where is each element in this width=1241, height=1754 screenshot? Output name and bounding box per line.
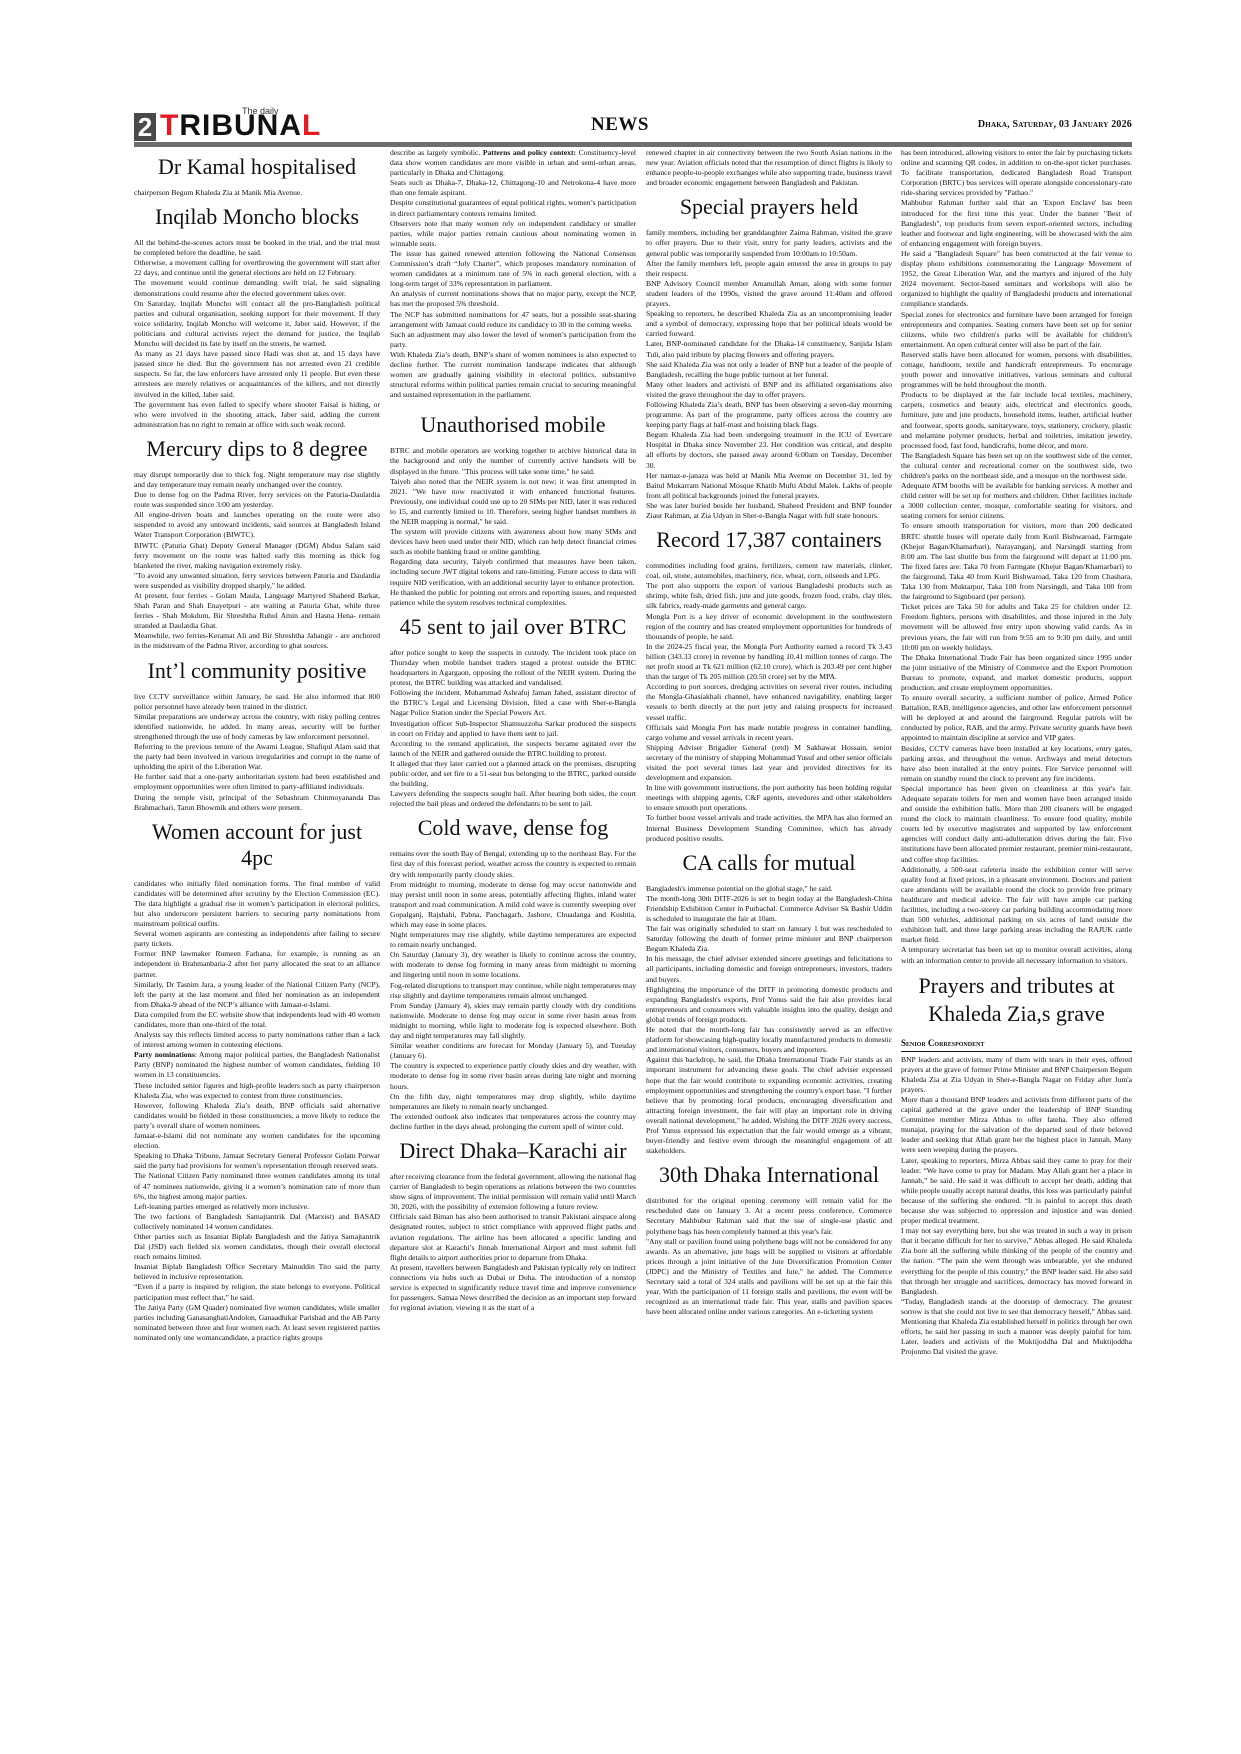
paragraph: To ensure smooth transportation for visi… <box>901 521 1132 602</box>
headline: Mercury dips to 8 degree <box>134 436 380 462</box>
article-body: distributed for the original opening cer… <box>646 1196 892 1317</box>
paragraph: In his message, the chief adviser extend… <box>646 954 892 984</box>
paragraph: renewed chapter in air connectivity betw… <box>646 148 892 188</box>
paragraph: Bangladesh's immense potential on the gl… <box>646 884 892 894</box>
article-direct-dhaka-karachi: Direct Dhaka–Karachi air after receiving… <box>390 1138 636 1313</box>
paragraph: Party nominations: Among major political… <box>134 1050 380 1080</box>
article-body: Bangladesh's immense potential on the gl… <box>646 884 892 1157</box>
paragraph: However, following Khaleda Zia’s death, … <box>134 1101 380 1131</box>
paragraph: Lawyers defending the suspects sought ba… <box>390 789 636 809</box>
article-ca-calls: CA calls for mutual Bangladesh's immense… <box>646 850 892 1157</box>
logo-letter-t: T <box>160 109 179 142</box>
paragraph: He thanked the public for pointing out e… <box>390 588 636 608</box>
paragraph: Begum Khaleda Zia had been undergoing tr… <box>646 430 892 470</box>
paragraph: The fair was originally scheduled to sta… <box>646 924 892 954</box>
article-body: All the behind-the-scenes actors must be… <box>134 238 380 430</box>
paragraph: The port also supports the export of var… <box>646 581 892 611</box>
paragraph: Data compiled from the EC website show t… <box>134 1010 380 1030</box>
paragraph: To ensure overall security, a sufficient… <box>901 693 1132 743</box>
paragraph: Following Khaleda Zia’s death, BNP has b… <box>646 400 892 430</box>
masthead-rule <box>134 142 1132 147</box>
paragraph: In the 2024-25 fiscal year, the Mongla P… <box>646 642 892 682</box>
paragraph: With Khaleda Zia’s death, BNP’s share of… <box>390 350 636 400</box>
article-karachi-continued: renewed chapter in air connectivity betw… <box>646 148 892 188</box>
paragraph: On Saturday (January 3), dry weather is … <box>390 950 636 980</box>
paragraph: after receiving clearance from the feder… <box>390 1172 636 1212</box>
paragraph: chairperson Begum Khaleda Zia at Manik M… <box>134 188 380 198</box>
paragraph: An analysis of current nominations shows… <box>390 289 636 309</box>
paragraph: Besides, CCTV cameras have been installe… <box>901 744 1132 784</box>
paragraph: The extended outlook also indicates that… <box>390 1112 636 1132</box>
paragraph: Speaking to reporters, he described Khal… <box>646 309 892 339</box>
paragraph: At present, four ferries - Golam Maula, … <box>134 591 380 631</box>
paragraph: Seats such as Dhaka-7, Dhaka-12, Chittag… <box>390 178 636 198</box>
paragraph: Following the incident, Muhammad Ashrafu… <box>390 688 636 718</box>
paragraph: Regarding data security, Taiyeb confirme… <box>390 557 636 587</box>
paragraph: To further boost vessel arrivals and tra… <box>646 813 892 843</box>
logo-letter-l: L <box>302 109 321 142</box>
paragraph: In line with government instructions, th… <box>646 783 892 813</box>
paragraph: Otherwise, a movement calling for overth… <box>134 258 380 278</box>
paragraph: According to the remand application, the… <box>390 739 636 759</box>
article-cold-wave: Cold wave, dense fog remains over the so… <box>390 815 636 1132</box>
paragraph: Her namaz-e-janaza was held at Manik Mia… <box>646 471 892 501</box>
dateline: Dhaka, Saturday, 03 January 2026 <box>978 119 1132 130</box>
paragraph: Products to be displayed at the fair inc… <box>901 390 1132 451</box>
paragraph: Mahbubur Rahman further said that an 'Ex… <box>901 198 1132 248</box>
paragraph: Highlighting the importance of the DITF … <box>646 985 892 1025</box>
paragraph: has been introduced, allowing visitors t… <box>901 148 1132 198</box>
paragraph: On Saturday, Inqilab Moncho will contact… <box>134 299 380 349</box>
paragraph: Former BNP lawmaker Rumeen Farhana, for … <box>134 949 380 979</box>
paragraph: Due to dense fog on the Padma River, fer… <box>134 490 380 510</box>
paragraph: Many other leaders and activists of BNP … <box>646 380 892 400</box>
paragraph: Fog-related disruptions to transport may… <box>390 981 636 1001</box>
paragraph: Analysts say this reflects limited acces… <box>134 1030 380 1050</box>
paragraph: Adequate ATM booths will be available fo… <box>901 481 1132 521</box>
headline: Unauthorised mobile <box>390 412 636 438</box>
paragraph: The National Citizen Party nominated thr… <box>134 1171 380 1201</box>
paragraph: Ticket prices are Taka 50 for adults and… <box>901 602 1132 652</box>
article-body: family members, including her granddaugh… <box>646 228 892 521</box>
paragraph: "To avoid any unwanted situation, ferry … <box>134 571 380 591</box>
paragraph: The country is expected to experience pa… <box>390 1061 636 1091</box>
article-trade-fair-continued: has been introduced, allowing visitors t… <box>901 148 1132 966</box>
article-women-account: Women account for just 4pc candidates wh… <box>134 819 380 1343</box>
article-record-containers: Record 17,387 containers commodities inc… <box>646 527 892 844</box>
paragraph: He said a "Bangladesh Square" has been c… <box>901 249 1132 310</box>
paragraph: Reserved stalls have been allocated for … <box>901 350 1132 390</box>
paragraph: Observers note that many women rely on i… <box>390 219 636 249</box>
paragraph: She was later buried beside her husband,… <box>646 501 892 521</box>
article-inqilab-moncho: Inqilab Moncho blocks All the behind-the… <box>134 204 380 430</box>
article-45-sent-to-jail: 45 sent to jail over BTRC after police s… <box>390 614 636 810</box>
subhead-bold: Patterns and policy context: <box>483 148 576 157</box>
column-4: has been introduced, allowing visitors t… <box>901 148 1132 1357</box>
paragraph: More than a thousand BNP leaders and act… <box>901 1095 1132 1156</box>
paragraph: live CCTV surveillance within January, h… <box>134 692 380 712</box>
headline: Special prayers held <box>646 194 892 220</box>
headline: CA calls for mutual <box>646 850 892 876</box>
logo-letters-mid: RIBUNA <box>179 109 302 142</box>
article-body: after police sought to keep the suspects… <box>390 648 636 810</box>
headline: Women account for just 4pc <box>134 819 380 871</box>
paragraph: All the behind-the-scenes actors must be… <box>134 238 380 258</box>
paragraph: Meanwhile, two ferries-Keramat Ali and B… <box>134 631 380 651</box>
paragraph: From Sunday (January 4), skies may remai… <box>390 1001 636 1041</box>
article-body: remains over the south Bay of Bengal, ex… <box>390 849 636 1132</box>
paragraph: Jamaat-e-Islami did not nominate any wom… <box>134 1131 380 1151</box>
paragraph: The Dhaka International Trade Fair has b… <box>901 653 1132 693</box>
paragraph: Similar preparations are underway across… <box>134 712 380 742</box>
article-body: chairperson Begum Khaleda Zia at Manik M… <box>134 188 380 198</box>
article-body: BNP leaders and activists, many of them … <box>901 1055 1132 1358</box>
headline: Int’l community positive <box>134 658 380 684</box>
paragraph: The movement would continue demanding sw… <box>134 278 380 298</box>
paragraph: BIWTC (Paturia Ghat) Deputy General Mana… <box>134 541 380 571</box>
column-1: Dr Kamal hospitalised chairperson Begum … <box>134 148 380 1343</box>
paragraph: The issue has gained renewed attention f… <box>390 249 636 289</box>
byline: Senior Correspondent <box>901 1036 1132 1052</box>
article-30th-dhaka-international: 30th Dhaka International distributed for… <box>646 1162 892 1317</box>
paragraph: “Even if a party is inspired by religion… <box>134 1282 380 1302</box>
headline: Record 17,387 containers <box>646 527 892 553</box>
paragraph: I may not say everything here, but she w… <box>901 1226 1132 1297</box>
article-mercury-dips: Mercury dips to 8 degree may disrupt tem… <box>134 436 380 652</box>
paragraph: family members, including her granddaugh… <box>646 228 892 258</box>
paragraph: Investigation officer Sub-Inspector Sham… <box>390 719 636 739</box>
paragraph: BNP leaders and activists, many of them … <box>901 1055 1132 1095</box>
headline: Direct Dhaka–Karachi air <box>390 1138 636 1164</box>
paragraph: commodities including food grains, ferti… <box>646 561 892 581</box>
paragraph: Shipping Adviser Brigadier General (retd… <box>646 743 892 783</box>
article-body: commodities including food grains, ferti… <box>646 561 892 844</box>
paragraph: The system will provide citizens with aw… <box>390 527 636 557</box>
paragraph: BTRC and mobile operators are working to… <box>390 446 636 476</box>
article-body: has been introduced, allowing visitors t… <box>901 148 1132 966</box>
paragraph: The two factions of Bangladesh Samajtant… <box>134 1212 380 1232</box>
paragraph: The NCP has submitted nominations for 47… <box>390 310 636 330</box>
newspaper-logo: TRIBUNAL <box>160 110 321 142</box>
page-number: 2 <box>134 113 156 141</box>
paragraph: During the temple visit, principal of th… <box>134 793 380 813</box>
paragraph: Left-leaning parties emerged as relative… <box>134 1202 380 1212</box>
paragraph: Referring to the previous tenure of the … <box>134 742 380 772</box>
paragraph: She said Khaleda Zia was not only a lead… <box>646 360 892 380</box>
paragraph: Night temperatures may rise slightly, wh… <box>390 930 636 950</box>
masthead: 2 The daily TRIBUNAL NEWS Dhaka, Saturda… <box>134 106 1132 142</box>
subhead-bold: Party nominations <box>134 1050 195 1059</box>
paragraph: "Any stall or pavilion found using polyt… <box>646 1237 892 1318</box>
paragraph: Special importance has been given on cle… <box>901 784 1132 865</box>
article-women-continued: describe as largely symbolic. Patterns a… <box>390 148 636 400</box>
paragraph: These included senior figures and high-p… <box>134 1081 380 1101</box>
paragraph: According to port sources, dredging acti… <box>646 682 892 722</box>
section-title: NEWS <box>591 114 649 136</box>
paragraph: Similarly, Dr Tasnim Jara, a young leade… <box>134 980 380 1010</box>
paragraph: Such an adjustment may also lower the le… <box>390 330 636 350</box>
paragraph: At present, travellers between Banglades… <box>390 1263 636 1313</box>
paragraph: On the fifth day, night temperatures may… <box>390 1092 636 1112</box>
paragraph: candidates who initially filed nominatio… <box>134 879 380 929</box>
paragraph: BNP Advisory Council member Amanullah Am… <box>646 279 892 309</box>
paragraph: after police sought to keep the suspects… <box>390 648 636 688</box>
headline: Prayers and tributes at Khaleda Zia,s gr… <box>901 972 1132 1028</box>
paragraph: He further said that a one-party authori… <box>134 772 380 792</box>
paragraph: Mongla Port is a key driver of economic … <box>646 612 892 642</box>
column-3: renewed chapter in air connectivity betw… <box>646 148 892 1317</box>
paragraph: The month-long 30th DITF-2026 is set to … <box>646 894 892 924</box>
paragraph: It alleged that they later carried out a… <box>390 759 636 789</box>
article-body: live CCTV surveillance within January, h… <box>134 692 380 813</box>
paragraph: Officials said Mongla Port has made nota… <box>646 723 892 743</box>
paragraph: Later, speaking to reporters, Mirza Abba… <box>901 1156 1132 1227</box>
paragraph: As many as 21 days have passed since Had… <box>134 349 380 399</box>
article-body: may disrupt temporarily due to thick fog… <box>134 470 380 652</box>
paragraph: describe as largely symbolic. Patterns a… <box>390 148 636 178</box>
article-unauthorised-mobile: Unauthorised mobile BTRC and mobile oper… <box>390 412 636 608</box>
paragraph: “Today, Bangladesh stands at the doorste… <box>901 1297 1132 1358</box>
article-body: BTRC and mobile operators are working to… <box>390 446 636 608</box>
article-body: describe as largely symbolic. Patterns a… <box>390 148 636 400</box>
paragraph: may disrupt temporarily due to thick fog… <box>134 470 380 490</box>
article-intl-community: Int’l community positive live CCTV surve… <box>134 658 380 813</box>
headline: Inqilab Moncho blocks <box>134 204 380 230</box>
paragraph: Additionally, a 500-seat cafeteria insid… <box>901 865 1132 946</box>
headline: Cold wave, dense fog <box>390 815 636 841</box>
article-body: renewed chapter in air connectivity betw… <box>646 148 892 188</box>
paragraph: Other parties such as Insaniat Biplab Ba… <box>134 1232 380 1262</box>
paragraph: The Jatiya Party (GM Quader) nominated f… <box>134 1303 380 1343</box>
paragraph: All engine-driven boats and launches ope… <box>134 510 380 540</box>
column-2: describe as largely symbolic. Patterns a… <box>390 148 636 1313</box>
paragraph: Insaniat Biplab Bangladesh Office Secret… <box>134 1262 380 1282</box>
paragraph: Taiyeb also noted that the NEIR system i… <box>390 477 636 527</box>
paragraph: He noted that the month-long fair has co… <box>646 1025 892 1055</box>
headline: 45 sent to jail over BTRC <box>390 614 636 640</box>
headline: Dr Kamal hospitalised <box>134 154 380 180</box>
headline: 30th Dhaka International <box>646 1162 892 1188</box>
paragraph: The Bangladesh Square has been set up on… <box>901 451 1132 481</box>
paragraph: Several women aspirants are contesting a… <box>134 929 380 949</box>
paragraph: Against this backdrop, he said, the Dhak… <box>646 1055 892 1156</box>
paragraph: Officials said Biman has also been autho… <box>390 1212 636 1262</box>
paragraph: Despite constitutional guarantees of equ… <box>390 198 636 218</box>
paragraph: remains over the south Bay of Bengal, ex… <box>390 849 636 879</box>
paragraph: Speaking to Dhaka Tribune, Jamaat Secret… <box>134 1151 380 1171</box>
paragraph: From midnight to morning, moderate to de… <box>390 880 636 930</box>
paragraph: The government has even failed to specif… <box>134 400 380 430</box>
paragraph: After the family members left, people ag… <box>646 259 892 279</box>
article-prayers-and-tributes: Prayers and tributes at Khaleda Zia,s gr… <box>901 972 1132 1358</box>
paragraph: Similar weather conditions are forecast … <box>390 1041 636 1061</box>
article-special-prayers: Special prayers held family members, inc… <box>646 194 892 521</box>
paragraph: distributed for the original opening cer… <box>646 1196 892 1236</box>
article-body: after receiving clearance from the feder… <box>390 1172 636 1313</box>
article-dr-kamal: Dr Kamal hospitalised chairperson Begum … <box>134 154 380 198</box>
paragraph: Special zones for electronics and furnit… <box>901 310 1132 350</box>
paragraph: A temporary secretariat has been set up … <box>901 945 1132 965</box>
article-body: candidates who initially filed nominatio… <box>134 879 380 1343</box>
paragraph: Later, BNP-nominated candidate for the D… <box>646 339 892 359</box>
